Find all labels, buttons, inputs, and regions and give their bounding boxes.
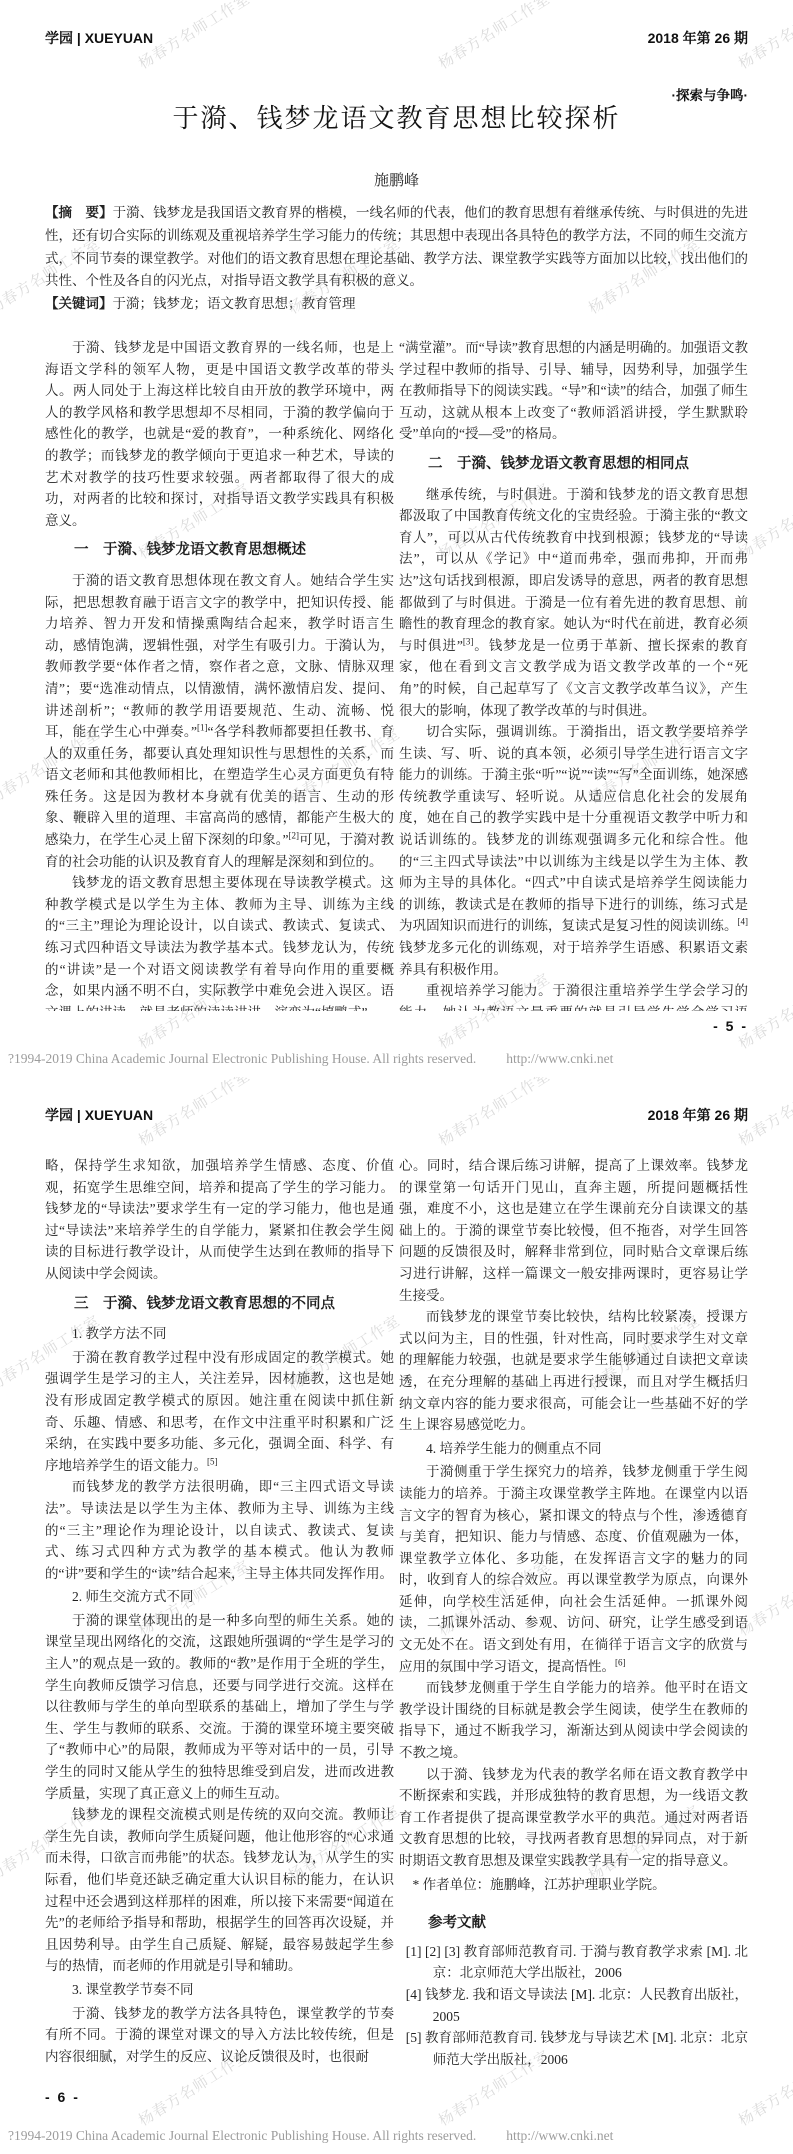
- article-title: 于漪、钱梦龙语文教育思想比较探析: [0, 98, 793, 135]
- body-column-left: 于漪、钱梦龙是中国语文教育界的一线名师，也是上海语文学科的领军人物，更是中国语文…: [45, 337, 394, 1011]
- reference-entry: [1] [2] [3] 教育部师范教育司. 于漪与教育教学求索 [M]. 北京：…: [406, 1941, 748, 1984]
- sub-heading: 2. 师生交流方式不同: [45, 1586, 394, 1608]
- body-column-right: “满堂灌”。而“导读”教育思想的内涵是明确的。加强语文教学过程中教师的指导、引导…: [399, 337, 748, 1011]
- abstract-text: 于漪、钱梦龙是我国语文教育界的楷模，一线名师的代表，他们的教育思想有着继承传统、…: [45, 205, 748, 288]
- page-header: 学园 | XUEYUAN 2018 年第 26 期: [45, 28, 748, 48]
- issue-label: 2018 年第 26 期: [648, 1105, 748, 1125]
- paragraph: 略，保持学生求知欲，加强培养学生情感、态度、价值观，拓宽学生思维空间，培养和提高…: [45, 1155, 394, 1285]
- paragraph: 而钱梦龙侧重于学生自学能力的培养。他平时在语文教学设计围绕的目标就是教会学生阅读…: [399, 1677, 748, 1763]
- paragraph: 于漪、钱梦龙的教学方法各具特色，课堂教学的节奏有所不同。于漪的课堂对课文的导入方…: [45, 2003, 394, 2067]
- references-heading: 参考文献: [399, 1913, 748, 1935]
- paragraph: 于漪在教育教学过程中没有形成固定的教学模式。她强调学生是学习的主人，关注差异，因…: [45, 1347, 394, 1477]
- abstract-label: 【摘 要】: [45, 205, 113, 220]
- page-number: - 6 -: [45, 2089, 80, 2105]
- cnki-url: http://www.cnki.net: [506, 2128, 613, 2144]
- reference-entry: [5] 教育部师范教育司. 钱梦龙与导读艺术 [M]. 北京：北京师范大学出版社…: [406, 2027, 748, 2067]
- paragraph: 心。同时，结合课后练习讲解，提高了上课效率。钱梦龙的课堂第一句话开门见山，直奔主…: [399, 1155, 748, 1306]
- body-column-left: 略，保持学生求知欲，加强培养学生情感、态度、价值观，拓宽学生思维空间，培养和提高…: [45, 1155, 394, 2067]
- paragraph: 钱梦龙的语文教育思想主要体现在导读教学模式。这种教学模式是以学生为主体、教师为主…: [45, 872, 394, 1011]
- journal-page-1: 学园 | XUEYUAN 2018 年第 26 期 ·探索与争鸣· 于漪、钱梦龙…: [0, 0, 793, 1077]
- keywords-text: 于漪；钱梦龙；语文教育思想；教育管理: [113, 296, 356, 311]
- scanned-journal-article: { "journal": { "masthead": "学园 | XUEYUAN…: [0, 0, 793, 2154]
- journal-masthead: 学园 | XUEYUAN: [45, 1105, 153, 1125]
- paragraph: 于漪侧重于学生探究力的培养，钱梦龙侧重于学生阅读能力的培养。于漪主攻课堂教学主阵…: [399, 1461, 748, 1677]
- copyright-text: ?1994-2019 China Academic Journal Electr…: [8, 2128, 476, 2144]
- sub-heading: 1. 教学方法不同: [45, 1323, 394, 1345]
- sub-heading: 4. 培养学生能力的侧重点不同: [399, 1438, 748, 1460]
- page-number: - 5 -: [713, 1018, 748, 1034]
- journal-page-2: 学园 | XUEYUAN 2018 年第 26 期 略，保持学生求知欲，加强培养…: [0, 1077, 793, 2154]
- author-note: * 作者单位：施鹏峰，江苏护理职业学院。: [399, 1874, 748, 1896]
- paragraph: 切合实际，强调训练。于漪指出，语文教学要培养学生读、写、听、说的真本领，必须引导…: [399, 721, 748, 980]
- journal-masthead: 学园 | XUEYUAN: [45, 28, 153, 48]
- section-heading: 一 于漪、钱梦龙语文教育思想概述: [45, 540, 394, 562]
- abstract-block: 【摘 要】于漪、钱梦龙是我国语文教育界的楷模，一线名师的代表，他们的教育思想有着…: [45, 202, 748, 316]
- copyright-footer: ?1994-2019 China Academic Journal Electr…: [8, 2128, 787, 2144]
- paragraph: 而钱梦龙的课堂节奏比较快，结构比较紧凑，授课方式以问为主，目的性强，针对性高，同…: [399, 1306, 748, 1436]
- paragraph: 继承传统，与时俱进。于漪和钱梦龙的语文教育思想都汲取了中国教育传统文化的宝贵经验…: [399, 484, 748, 722]
- paragraph: 而钱梦龙的教学方法很明确，即“三主四式语文导读法”。导读法是以学生为主体、教师为…: [45, 1476, 394, 1584]
- issue-label: 2018 年第 26 期: [648, 28, 748, 48]
- paragraph: 钱梦龙的课程交流模式则是传统的双向交流。教师让学生先自读，教师向学生质疑问题，他…: [45, 1804, 394, 1977]
- page-header: 学园 | XUEYUAN 2018 年第 26 期: [45, 1105, 748, 1125]
- abstract-paragraph: 【摘 要】于漪、钱梦龙是我国语文教育界的楷模，一线名师的代表，他们的教育思想有着…: [45, 202, 748, 293]
- paragraph: 于漪的语文教育思想体现在教文育人。她结合学生实际，把思想教育融于语言文字的教学中…: [45, 570, 394, 872]
- paragraph: “满堂灌”。而“导读”教育思想的内涵是明确的。加强语文教学过程中教师的指导、引导…: [399, 337, 748, 445]
- copyright-footer: ?1994-2019 China Academic Journal Electr…: [8, 1051, 787, 1067]
- paragraph: 以于漪、钱梦龙为代表的教学名师在语文教育教学中不断探索和实践，并形成独特的教育思…: [399, 1764, 748, 1872]
- keywords-label: 【关键词】: [45, 296, 113, 311]
- paragraph: 于漪的课堂体现出的是一种多向型的师生关系。她的课堂呈现出网络化的交流，这跟她所强…: [45, 1610, 394, 1804]
- keywords-paragraph: 【关键词】于漪；钱梦龙；语文教育思想；教育管理: [45, 293, 748, 316]
- copyright-text: ?1994-2019 China Academic Journal Electr…: [8, 1051, 476, 1067]
- section-heading: 三 于漪、钱梦龙语文教育思想的不同点: [45, 1294, 394, 1316]
- paragraph: 重视培养学习能力。于漪很注重培养学生学会学习的能力。她认为教语文最重要的就是引导…: [399, 980, 748, 1011]
- section-heading: 二 于漪、钱梦龙语文教育思想的相同点: [399, 454, 748, 476]
- body-column-right: 心。同时，结合课后练习讲解，提高了上课效率。钱梦龙的课堂第一句话开门见山，直奔主…: [399, 1155, 748, 2067]
- article-author: 施鹏峰: [0, 169, 793, 190]
- sub-heading: 3. 课堂教学节奏不同: [45, 1979, 394, 2001]
- paragraph: 于漪、钱梦龙是中国语文教育界的一线名师，也是上海语文学科的领军人物，更是中国语文…: [45, 337, 394, 531]
- cnki-url: http://www.cnki.net: [506, 1051, 613, 1067]
- reference-entry: [4] 钱梦龙. 我和语文导读法 [M]. 北京：人民教育出版社，2005: [406, 1984, 748, 2027]
